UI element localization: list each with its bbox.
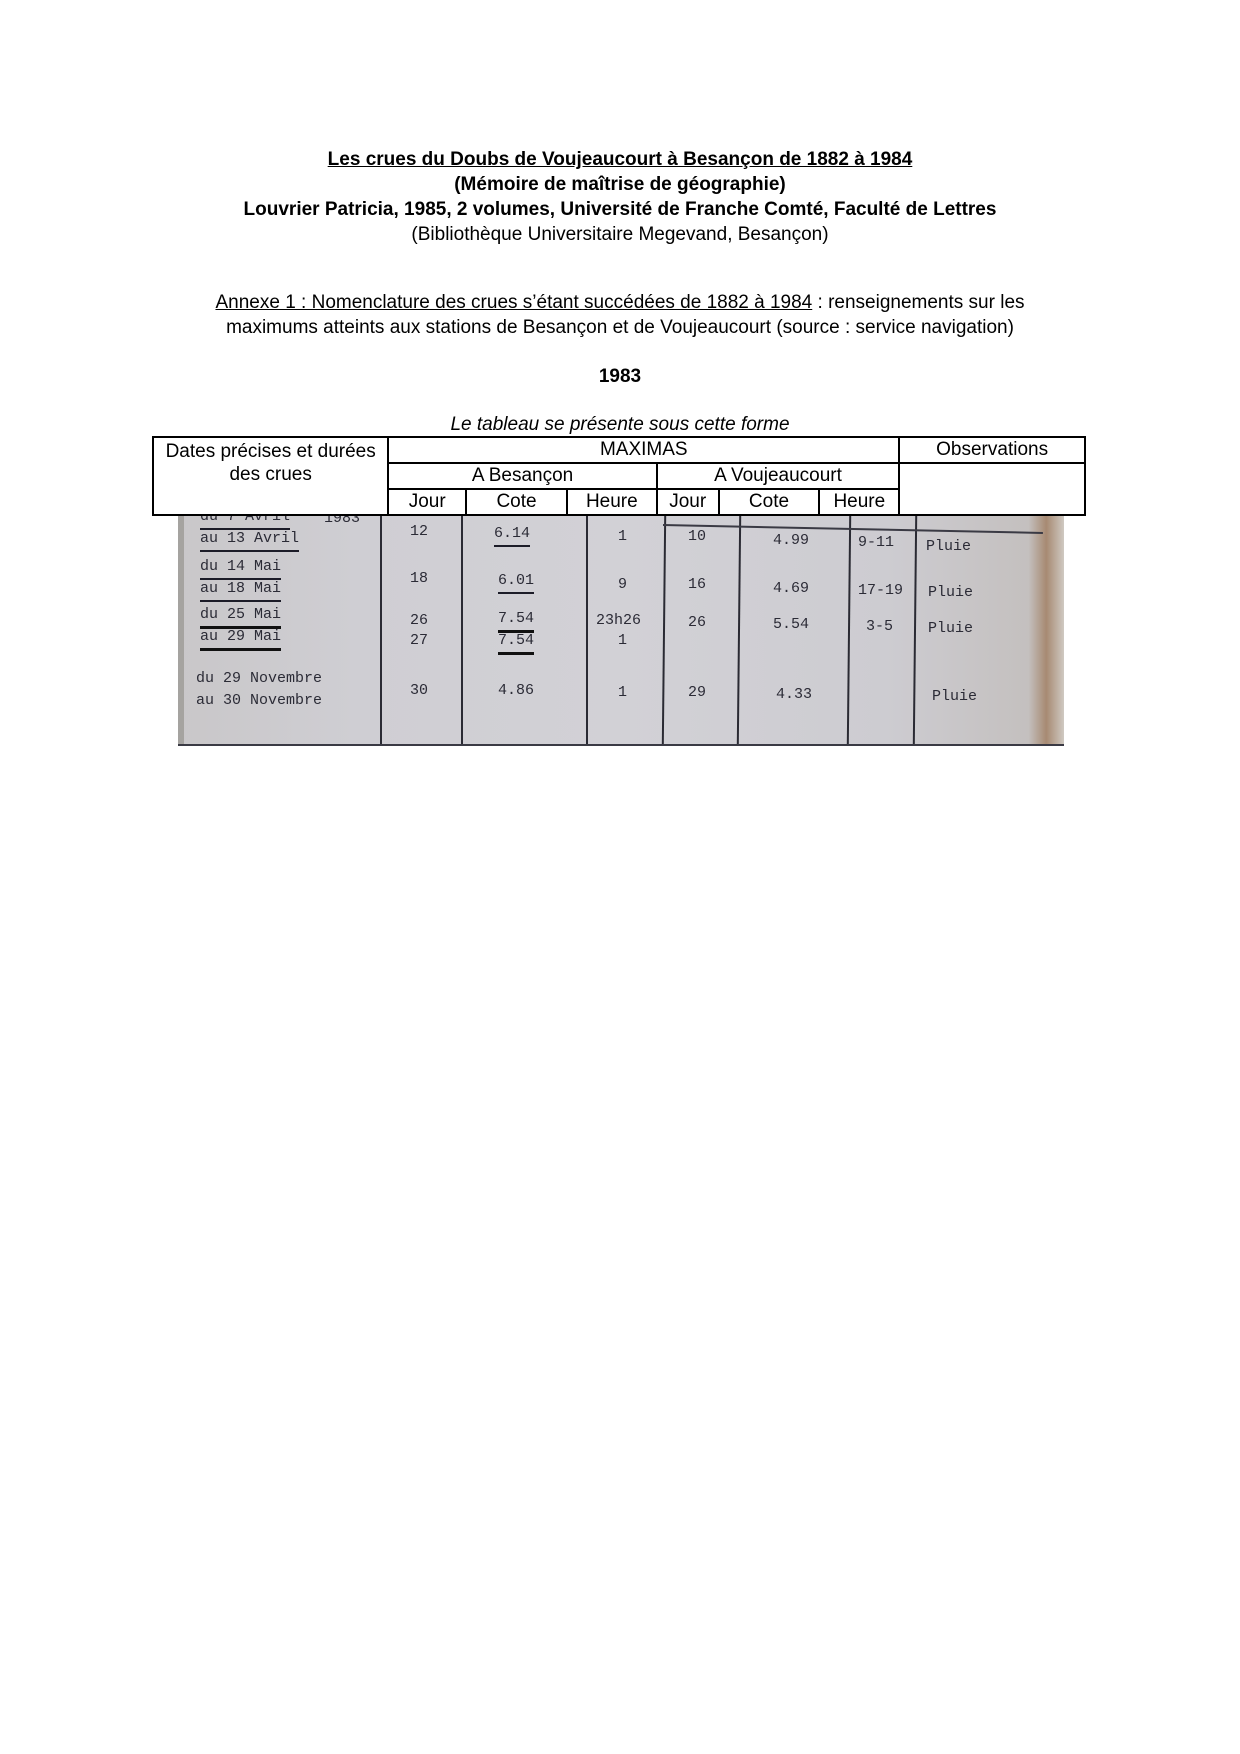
row1-observation: Pluie — [926, 536, 971, 558]
table-header: Dates précises et durées des crues MAXIM… — [152, 436, 1086, 516]
row2-vou-heure: 17-19 — [858, 580, 903, 602]
header-vou-heure: Heure — [819, 489, 899, 515]
row2-bes-cote: 6.01 — [498, 570, 534, 594]
year-heading: 1983 — [0, 364, 1240, 389]
row3-bes-jour-2: 27 — [410, 630, 428, 652]
row3-date-to: au 29 Mai — [200, 626, 281, 651]
row4-date-from: du 29 Novembre — [196, 668, 322, 690]
row3-bes-cote-2: 7.54 — [498, 630, 534, 655]
header-maximas: MAXIMAS — [388, 437, 899, 463]
row4-bes-heure: 1 — [618, 682, 627, 704]
row2-date-from: du 14 Mai — [200, 556, 281, 580]
paper-edge — [178, 516, 184, 746]
row2-vou-cote: 4.69 — [773, 578, 809, 600]
header-bes-jour: Jour — [388, 489, 466, 515]
header-voujeaucourt: A Voujeaucourt — [657, 463, 900, 489]
row1-bes-heure: 1 — [618, 526, 627, 548]
row1-bes-cote: 6.14 — [494, 523, 530, 547]
row4-vou-jour: 29 — [688, 682, 706, 704]
header-bes-cote: Cote — [466, 489, 567, 515]
row2-vou-jour: 16 — [688, 574, 706, 596]
row1-bes-jour: 12 — [410, 521, 428, 543]
row3-bes-heure-2: 1 — [618, 630, 627, 652]
row1-date-to: au 13 Avril — [200, 528, 299, 552]
row3-vou-jour: 26 — [688, 612, 706, 634]
row4-bes-jour: 30 — [410, 680, 428, 702]
header-besancon: A Besançon — [388, 463, 656, 489]
row1-vou-cote: 4.99 — [773, 530, 809, 552]
row2-observation: Pluie — [928, 582, 973, 604]
document-header: Les crues du Doubs de Voujeaucourt à Bes… — [0, 147, 1240, 247]
annex-description: Annexe 1 : Nomenclature des crues s’étan… — [0, 290, 1240, 340]
row2-bes-heure: 9 — [618, 574, 627, 596]
row4-bes-cote: 4.86 — [498, 680, 534, 702]
row3-vou-cote: 5.54 — [773, 614, 809, 636]
row2-bes-jour: 18 — [410, 568, 428, 590]
annex-line2: maximums atteints aux stations de Besanç… — [0, 315, 1240, 340]
document-title: Les crues du Doubs de Voujeaucourt à Bes… — [0, 147, 1240, 172]
author-line: Louvrier Patricia, 1985, 2 volumes, Univ… — [0, 197, 1240, 222]
table-caption: Le tableau se présente sous cette forme — [0, 412, 1240, 437]
header-observations: Observations — [899, 437, 1085, 463]
row3-bes-jour-1: 26 — [410, 610, 428, 632]
library-line: (Bibliothèque Universitaire Megevand, Be… — [0, 222, 1240, 247]
row2-date-to: au 18 Mai — [200, 578, 281, 602]
row3-observation: Pluie — [928, 618, 973, 640]
annex-rest: : renseignements sur les — [812, 292, 1024, 313]
row1-vou-heure: 9-11 — [858, 532, 894, 554]
header-bes-heure: Heure — [567, 489, 657, 515]
annex-label: Annexe 1 : Nomenclature des crues s’étan… — [215, 292, 812, 313]
row4-date-to: au 30 Novembre — [196, 690, 322, 712]
year-note: 1983 — [324, 516, 360, 530]
row4-vou-cote: 4.33 — [776, 684, 812, 706]
photographed-table: 1983 du 7 Avril au 13 Avril 12 6.14 1 10… — [178, 516, 1064, 746]
row4-observation: Pluie — [932, 686, 977, 708]
row3-vou-heure: 3-5 — [866, 616, 893, 638]
row3-bes-heure-1: 23h26 — [596, 610, 641, 632]
header-dates: Dates précises et durées des crues — [153, 437, 388, 515]
header-vou-cote: Cote — [719, 489, 820, 515]
row1-vou-jour: 10 — [688, 526, 706, 548]
header-observations-blank — [899, 463, 1085, 515]
header-vou-jour: Jour — [657, 489, 719, 515]
document-subtitle: (Mémoire de maîtrise de géographie) — [0, 172, 1240, 197]
